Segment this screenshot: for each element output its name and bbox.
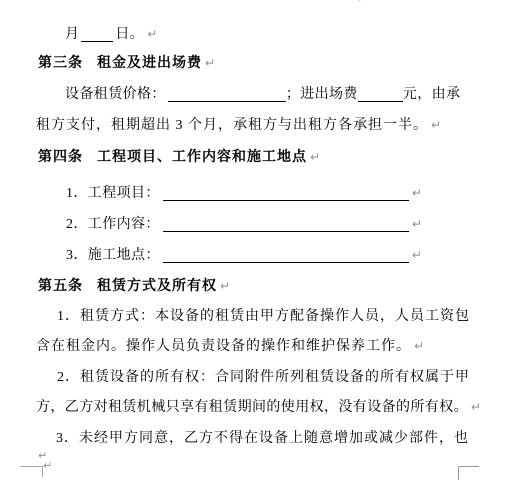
paragraph-mark-icon: ↵ xyxy=(412,186,422,200)
blank-underline xyxy=(81,27,113,42)
article4-number: 第四条 xyxy=(38,150,83,165)
item-project-label: 1．工程项目： xyxy=(66,186,160,201)
article3-title: 租金及进出场费 xyxy=(97,56,202,71)
ownership-line2: 方，乙方对租赁机械只享有租赁期间的使用权，没有设备的所有权。↵ xyxy=(36,399,481,416)
article5-heading: 第五条租赁方式及所有权↵ xyxy=(38,278,230,295)
blank-underline xyxy=(168,87,286,102)
item-project-line: 1．工程项目：↵ xyxy=(66,185,422,202)
paragraph-mark-icon: ↵ xyxy=(357,0,366,5)
modification-line1-text: 3．未经甲方同意，乙方不得在设备上随意增加或减少部件，也 xyxy=(56,431,469,446)
paragraph-mark-icon: ↵ xyxy=(147,27,157,41)
paragraph-mark-icon: ↵ xyxy=(205,56,215,70)
article4-heading: 第四条工程项目、工作内容和施工地点↵ xyxy=(38,149,320,166)
price-mid: ；进出场费 xyxy=(286,87,358,102)
blank-underline xyxy=(358,87,403,102)
paragraph-mark-icon: ↵ xyxy=(43,459,52,472)
article3-number: 第三条 xyxy=(38,56,83,71)
paragraph-mark-icon: ↵ xyxy=(412,248,422,262)
date-line: 月日。↵ xyxy=(65,26,157,43)
item-work-label: 2．工作内容： xyxy=(66,217,160,232)
paragraph-mark-icon: ↵ xyxy=(220,279,230,293)
price-label: 设备租赁价格： xyxy=(65,87,166,102)
item-work-line: 2．工作内容：↵ xyxy=(66,216,422,233)
ownership-line1: 2．租赁设备的所有权：合同附件所列租赁设备的所有权属于甲 xyxy=(57,369,470,386)
modification-line1: 3．未经甲方同意，乙方不得在设备上随意增加或减少部件，也 xyxy=(56,430,469,447)
margin-corner-bottom-left-icon xyxy=(20,466,43,477)
price-tail: 元，由承 xyxy=(403,87,461,102)
article5-title: 租赁方式及所有权 xyxy=(97,279,217,294)
item-site-label: 3．施工地点： xyxy=(66,248,160,263)
lease-mode-line1: 1．租赁方式：本设备的租赁由甲方配备操作人员，人员工资包 xyxy=(57,308,470,325)
price-line: 设备租赁价格：；进出场费元，由承 xyxy=(65,86,460,103)
article3-heading: 第三条租金及进出场费↵ xyxy=(38,55,215,72)
date-line-suffix: 日。 xyxy=(115,27,144,42)
paragraph-mark-icon: ↵ xyxy=(310,150,320,164)
paragraph-mark-icon: ↵ xyxy=(471,400,481,414)
lease-mode-line1-text: 1．租赁方式：本设备的租赁由甲方配备操作人员，人员工资包 xyxy=(57,309,470,324)
article4-title: 工程项目、工作内容和施工地点 xyxy=(97,150,307,165)
margin-corner-bottom-right-icon xyxy=(458,466,479,480)
paragraph-mark-icon: ↵ xyxy=(412,217,422,231)
paragraph-mark-icon: ↵ xyxy=(431,118,441,132)
item-site-line: 3．施工地点：↵ xyxy=(66,247,422,264)
blank-underline xyxy=(163,186,409,201)
article5-number: 第五条 xyxy=(38,279,83,294)
paragraph-mark-icon: ↵ xyxy=(414,339,424,353)
ownership-line1-text: 2．租赁设备的所有权：合同附件所列租赁设备的所有权属于甲 xyxy=(57,370,470,385)
ownership-line2-text: 方，乙方对租赁机械只享有租赁期间的使用权，没有设备的所有权。 xyxy=(36,400,468,415)
date-line-prefix: 月 xyxy=(65,27,79,42)
blank-underline xyxy=(163,248,409,263)
word-document-page[interactable]: ↵ 月日。↵ 第三条租金及进出场费↵ 设备租赁价格：；进出场费元，由承 租方支付… xyxy=(0,0,513,480)
lease-mode-line2: 含在租金内。操作人员负责设备的操作和维护保养工作。↵ xyxy=(36,338,424,355)
price-line-continuation-text: 租方支付，租期超出 3 个月，承租方与出租方各承担一半。 xyxy=(36,118,428,133)
blank-underline xyxy=(163,217,409,232)
price-line-continuation: 租方支付，租期超出 3 个月，承租方与出租方各承担一半。↵ xyxy=(36,117,441,134)
lease-mode-line2-text: 含在租金内。操作人员负责设备的操作和维护保养工作。 xyxy=(36,339,411,354)
